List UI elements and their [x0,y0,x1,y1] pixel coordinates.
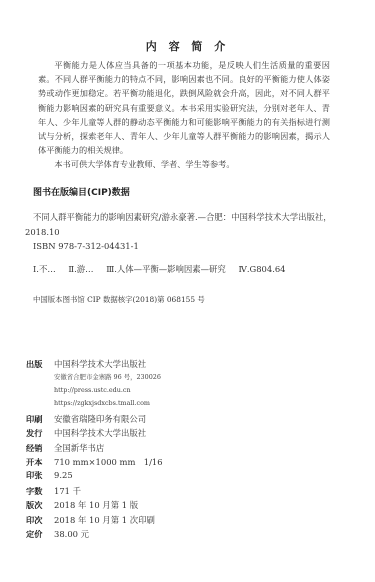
row-label: 开本 [26,457,54,468]
row-value: http://press.ustc.edu.cn [54,386,131,394]
cip-classification: Ⅰ.不… Ⅱ.游… Ⅲ.人体—平衡—影响因素—研究 Ⅳ.G804.64 [33,263,294,275]
colophon: 出版 中国科学技术大学出版社 安徽省合肥市金寨路 96 号，230026 htt… [26,358,346,542]
row-value: https://zgkxjsdxcbs.tmall.com [54,399,150,407]
colophon-row-format: 开本 710 mm×1000 mm 1/16 [26,456,346,470]
row-value: 710 mm×1000 mm 1/16 [54,456,163,468]
row-value: 安徽省合肥市金寨路 96 号，230026 [54,372,161,381]
row-label: 发行 [26,428,54,439]
cip-class-item: Ⅰ.不… [33,264,56,274]
colophon-row-publisher: 出版 中国科学技术大学出版社 [26,358,346,372]
colophon-row-store: https://zgkxjsdxcbs.tmall.com [26,399,346,413]
colophon-row-sheets: 印张 9.25 [26,470,346,484]
row-value: 9.25 [54,470,73,480]
colophon-row-price: 定价 38.00 元 [26,528,346,542]
intro-body: 平衡能力是人体应当具备的一项基本功能，是反映人们生活质量的重要因素。不同人群平衡… [38,58,330,172]
row-value: 中国科学技术大学出版社 [54,358,146,370]
colophon-row-printing: 印次 2018 年 10 月第 1 次印刷 [26,514,346,528]
cip-block: 不同人群平衡能力的影响因素研究/游永豪著.—合肥：中国科学技术大学出版社，201… [25,210,347,254]
row-label: 定价 [26,529,54,540]
colophon-row-edition: 版次 2018 年 10 月第 1 版 [26,499,346,513]
copyright-page: 内 容 简 介 平衡能力是人体应当具备的一项基本功能，是反映人们生活质量的重要因… [0,0,375,582]
row-value: 38.00 元 [54,528,89,540]
row-value: 2018 年 10 月第 1 次印刷 [54,514,155,526]
cip-class-item: Ⅲ.人体—平衡—影响因素—研究 [106,264,226,274]
intro-paragraph: 本书可供大学体育专业教师、学者、学生等参考。 [38,157,330,171]
row-label: 字数 [26,486,54,497]
colophon-row-seller: 经销 全国新华书店 [26,442,346,456]
row-label: 出版 [26,359,54,370]
cip-class-item: Ⅳ.G804.64 [238,264,285,274]
row-value: 中国科学技术大学出版社 [54,427,146,439]
cip-isbn: ISBN 978-7-312-04431-1 [25,239,347,254]
row-value: 安徽省瑞隆印务有限公司 [54,413,146,425]
intro-paragraph: 平衡能力是人体应当具备的一项基本功能，是反映人们生活质量的重要因素。不同人群平衡… [38,58,330,157]
cip-heading: 图书在版编目(CIP)数据 [33,185,130,198]
row-label: 版次 [26,500,54,511]
row-value: 171 千 [54,485,81,497]
row-value: 2018 年 10 月第 1 版 [54,499,138,511]
colophon-row-printer: 印刷 安徽省瑞隆印务有限公司 [26,413,346,427]
colophon-row-distributor: 发行 中国科学技术大学出版社 [26,427,346,441]
cip-title-line: 不同人群平衡能力的影响因素研究/游永豪著.—合肥：中国科学技术大学出版社，201… [25,210,347,239]
intro-title: 内 容 简 介 [0,38,375,54]
row-value: 全国新华书店 [54,442,104,454]
colophon-row-website: http://press.ustc.edu.cn [26,386,346,400]
cip-class-item: Ⅱ.游… [68,264,93,274]
colophon-row-address: 安徽省合肥市金寨路 96 号，230026 [26,372,346,386]
row-label: 经销 [26,443,54,454]
row-label: 印刷 [26,414,54,425]
row-label: 印张 [26,470,54,481]
colophon-row-word-count: 字数 171 千 [26,485,346,499]
row-label: 印次 [26,515,54,526]
cip-record-number: 中国版本图书馆 CIP 数据核字(2018)第 068155 号 [33,294,205,305]
